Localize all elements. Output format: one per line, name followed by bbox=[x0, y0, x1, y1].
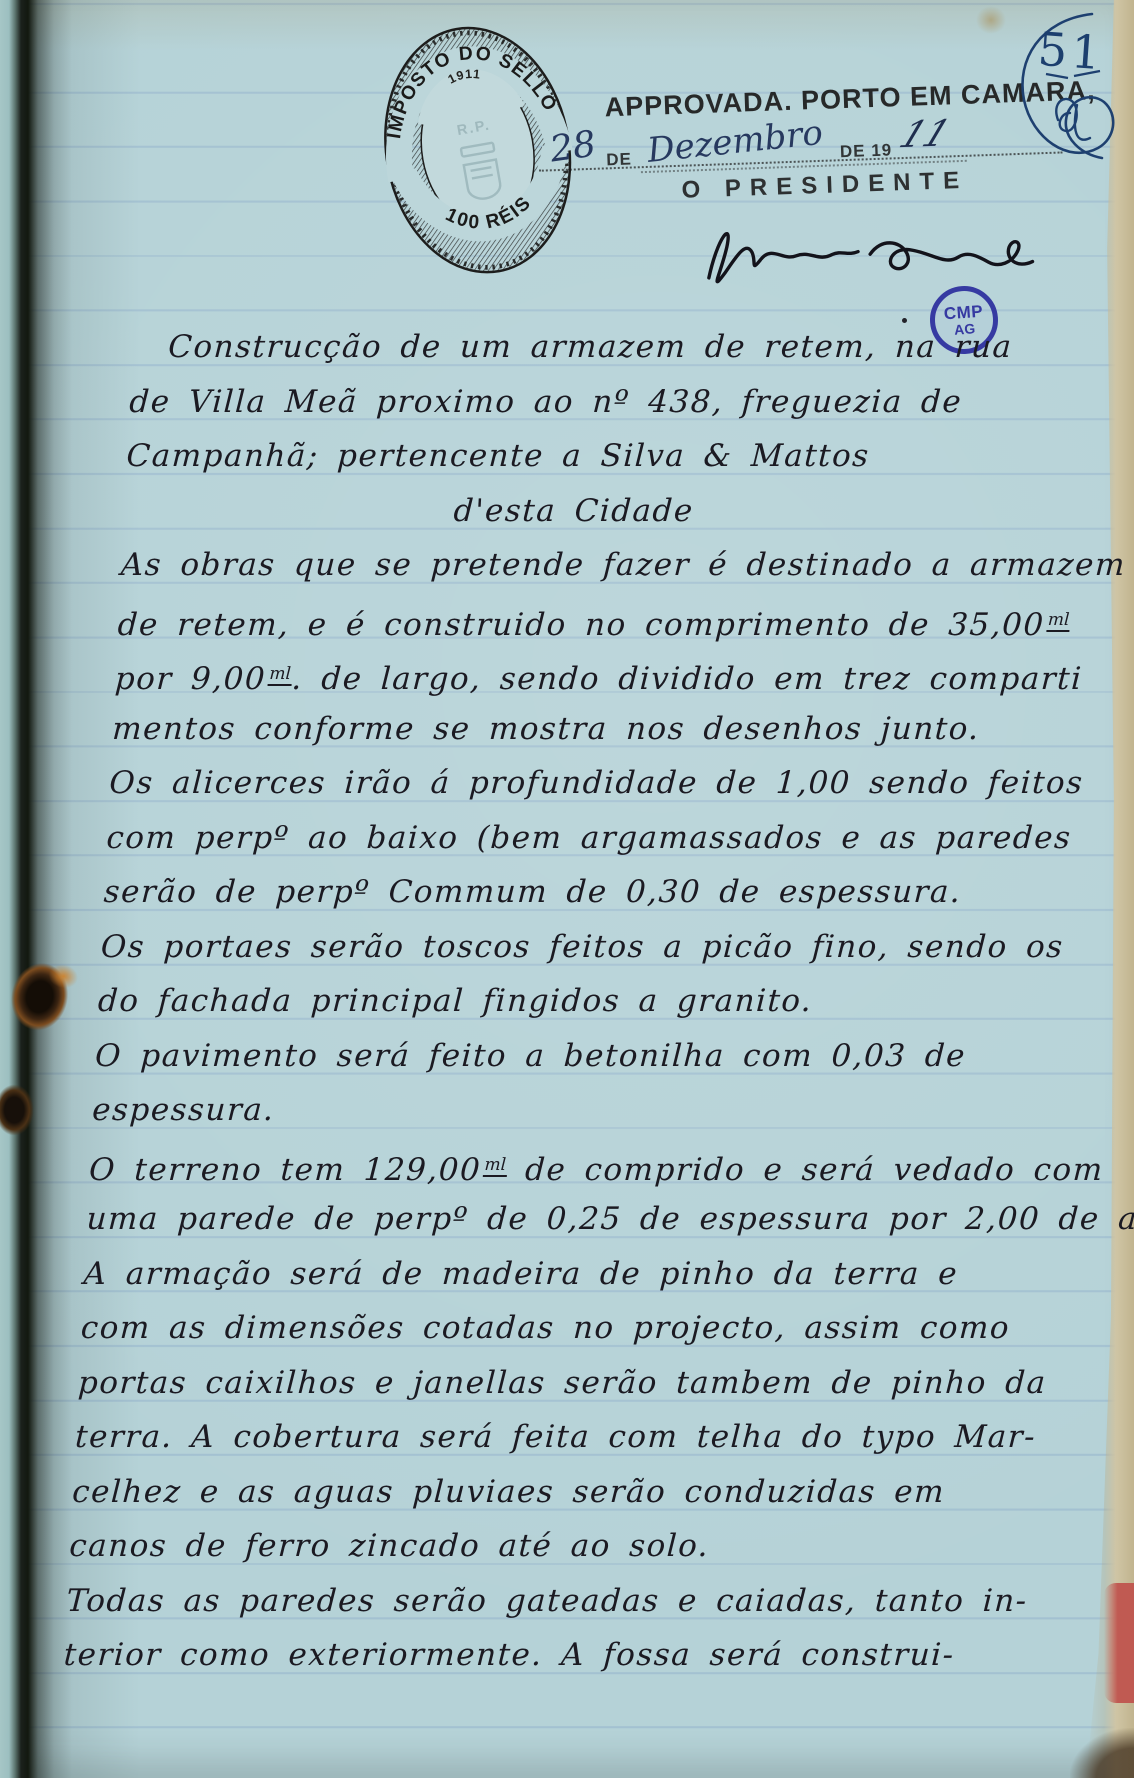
manuscript-line: celhez e as aguas pluviaes serão conduzi… bbox=[71, 1465, 1092, 1520]
manuscript-line: espessura. bbox=[91, 1083, 1112, 1138]
paper-stain bbox=[976, 6, 1006, 34]
president-signature bbox=[699, 204, 1054, 296]
manuscript-line: de retem, e é construido no comprimento … bbox=[117, 593, 1134, 648]
manuscript-line: O terreno tem 129,00ml de comprido e ser… bbox=[88, 1138, 1109, 1193]
manuscript-line: uma parede de perpº de 0,25 de espessura… bbox=[85, 1192, 1106, 1247]
stamped-de-19: DE 19 bbox=[840, 140, 893, 162]
stamped-de: DE bbox=[606, 149, 632, 170]
manuscript-line: Os portaes serão toscos feitos a picão f… bbox=[99, 920, 1120, 975]
manuscript-text: Construcção de um armazem de retem, na r… bbox=[62, 320, 1134, 1683]
manuscript-line: O pavimento será feito a betonilha com 0… bbox=[94, 1029, 1115, 1084]
manuscript-line: com perpº ao baixo (bem argamassados e a… bbox=[105, 811, 1126, 866]
manuscript-line: terra. A cobertura será feita com telha … bbox=[74, 1410, 1095, 1465]
manuscript-line: com as dimensões cotadas no projecto, as… bbox=[79, 1301, 1100, 1356]
binding-gutter bbox=[0, 0, 72, 1778]
manuscript-line: portas caixilhos e janellas serão tambem… bbox=[77, 1356, 1098, 1411]
manuscript-line: Construcção de um armazem de retem, na r… bbox=[131, 320, 1134, 375]
manuscript-page: { "page": { "number": "51" }, "revenue_s… bbox=[0, 0, 1134, 1778]
manuscript-line: mentos conforme se mostra nos desenhos j… bbox=[111, 702, 1132, 757]
handwritten-day: 28 bbox=[547, 124, 598, 171]
binding-hole bbox=[0, 940, 101, 1048]
manuscript-line: serão de perpº Commum de 0,30 de espessu… bbox=[102, 865, 1123, 920]
manuscript-line: terior como exteriormente. A fossa será … bbox=[62, 1628, 1083, 1683]
manuscript-line: As obras que se pretende fazer é destina… bbox=[119, 538, 1134, 593]
signature-icon bbox=[699, 204, 1054, 296]
binding-hole bbox=[0, 1078, 44, 1142]
handwritten-year: 11 bbox=[893, 113, 956, 156]
handwritten-month: Dezembro bbox=[646, 113, 825, 171]
folio-corner: 51 bbox=[1006, 8, 1134, 180]
manuscript-line: por 9,00ml. de largo, sendo dividido em … bbox=[114, 647, 1134, 702]
manuscript-line: d'esta Cidade bbox=[122, 484, 1134, 539]
manuscript-line: canos de ferro zincado até ao solo. bbox=[68, 1519, 1089, 1574]
manuscript-line: de Villa Meã proximo ao nº 438, freguezi… bbox=[128, 375, 1134, 430]
manuscript-line: Campanhã; pertencente a Silva & Mattos bbox=[125, 429, 1134, 484]
page-number: 51 bbox=[1036, 22, 1106, 81]
manuscript-line: Os alicerces irão á profundidade de 1,00… bbox=[108, 756, 1129, 811]
corner-shadow bbox=[1070, 1728, 1134, 1778]
manuscript-line: Todas as paredes serão gateadas e caiada… bbox=[65, 1574, 1086, 1629]
manuscript-line: A armação será de madeira de pinho da te… bbox=[82, 1247, 1103, 1302]
red-edge-mark bbox=[1104, 1583, 1134, 1703]
manuscript-line: do fachada principal fingidos a granito. bbox=[97, 974, 1118, 1029]
